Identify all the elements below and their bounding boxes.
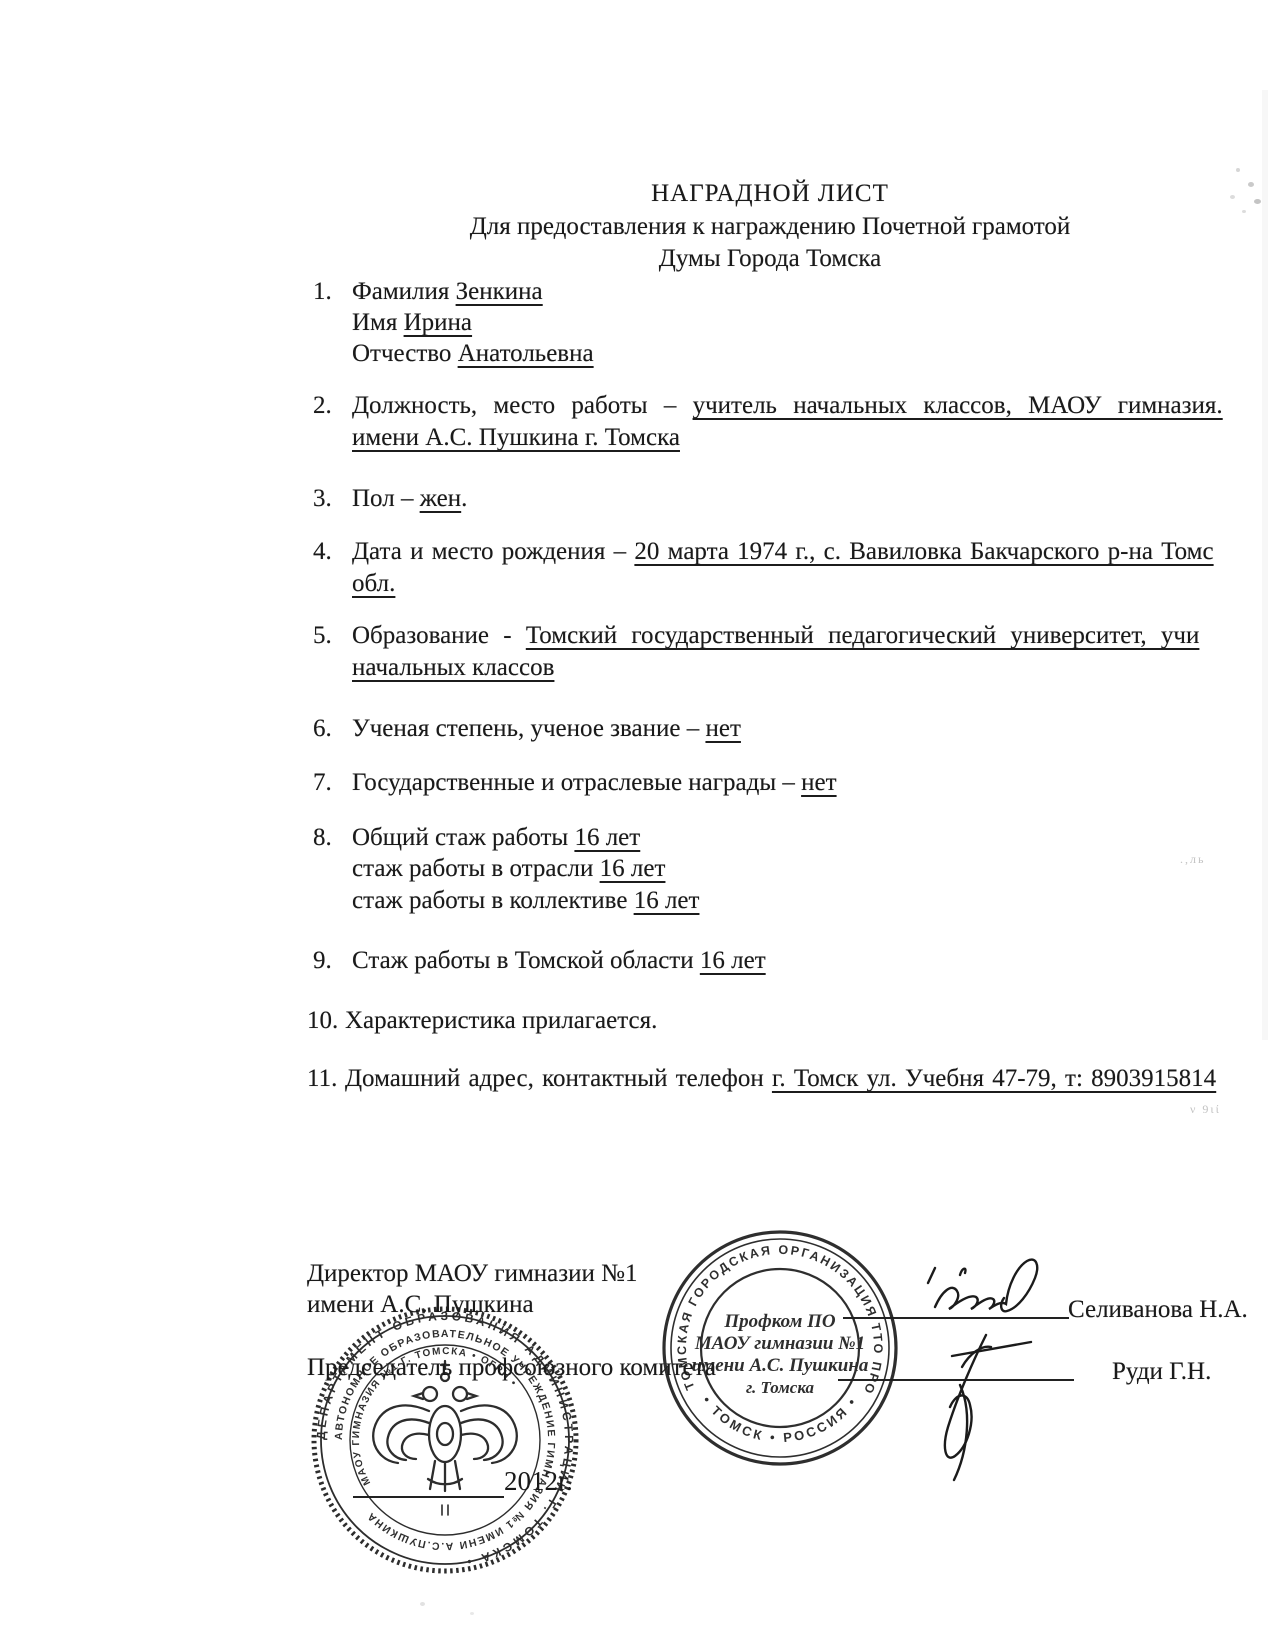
field-value: Анатольевна bbox=[458, 340, 594, 367]
field-value: учитель начальных классов, МАОУ гимназия… bbox=[693, 392, 1223, 419]
field-label: Пол – bbox=[352, 485, 420, 512]
item-number: 7. bbox=[313, 767, 332, 798]
scan-streak bbox=[1262, 90, 1268, 1040]
page-subtitle-line1: Для предоставления к награждению Почетно… bbox=[320, 211, 1220, 242]
handwritten-signatures bbox=[900, 1235, 1110, 1495]
item-number: 1. bbox=[313, 276, 332, 307]
field-value: имени А.С. Пушкина г. Томска bbox=[352, 424, 680, 451]
scanned-award-sheet: НАГРАДНОЙ ЛИСТ Для предоставления к нагр… bbox=[0, 0, 1275, 1650]
field-value: 16 лет bbox=[700, 947, 766, 974]
noise-speck bbox=[470, 1612, 474, 1615]
field-value: начальных классов bbox=[352, 654, 554, 681]
field-label: Характеристика прилагается. bbox=[345, 1007, 657, 1034]
item-number: 6. bbox=[313, 713, 332, 744]
field-label: Стаж работы в Томской области bbox=[352, 947, 700, 974]
field-label: Ученая степень, ученое звание – bbox=[352, 715, 705, 742]
noise-speck bbox=[1242, 210, 1246, 213]
noise-mark: ν 9ιί bbox=[1190, 1102, 1221, 1117]
field-value: 16 лет bbox=[600, 855, 666, 882]
field-value: жен bbox=[420, 485, 461, 512]
field-value: Зенкина bbox=[456, 278, 543, 305]
union-chair-signature-stroke bbox=[945, 1335, 1031, 1480]
field-value: 16 лет bbox=[574, 824, 640, 851]
field-suffix: . bbox=[461, 485, 467, 512]
stamp-center-line3: имени А.С. Пушкина bbox=[692, 1355, 869, 1376]
field-label: Фамилия bbox=[352, 278, 456, 305]
field-value: 16 лет bbox=[634, 887, 700, 914]
union-chair-name: Руди Г.Н. bbox=[1112, 1356, 1211, 1387]
field-label: Должность, место работы – bbox=[352, 392, 693, 419]
field-label: стаж работы в отрасли bbox=[352, 855, 600, 882]
field-label: Имя bbox=[352, 309, 404, 336]
noise-speck bbox=[420, 1602, 425, 1606]
field-label: Дата и место рождения – bbox=[352, 538, 634, 565]
double-headed-eagle-emblem bbox=[373, 1361, 517, 1515]
field-value: Ирина bbox=[404, 309, 472, 336]
item-number: 8. bbox=[313, 822, 332, 853]
item-number: 9. bbox=[313, 945, 332, 976]
stamp-center-line1: Профком ПО bbox=[723, 1311, 836, 1332]
director-signature-stroke bbox=[928, 1260, 1037, 1312]
stamp-center-line2: МАОУ гимназии №1 bbox=[694, 1333, 865, 1354]
stamp-center-line4: г. Томска bbox=[746, 1378, 815, 1397]
item-number: 4. bbox=[313, 536, 332, 567]
field-value: Томский государственный педагогический у… bbox=[526, 622, 1199, 649]
page-title: НАГРАДНОЙ ЛИСТ bbox=[320, 178, 1220, 209]
union-committee-stamp: ТОМСКАЯ ГОРОДСКАЯ ОРГАНИЗАЦИЯ ТТО ПРОФСО… bbox=[656, 1224, 906, 1474]
item-number: 11. bbox=[307, 1063, 337, 1094]
noise-speck bbox=[1230, 195, 1235, 199]
noise-speck bbox=[1236, 168, 1240, 172]
field-value: г. Томск ул. Учебня 47-79, т: 8903915814 bbox=[772, 1065, 1216, 1092]
noise-mark: .,ль bbox=[1180, 852, 1205, 867]
school-stamp: ДЕПАРТАМЕНТ ОБРАЗОВАНИЯ АДМИНИСТРАЦИИ Г.… bbox=[302, 1297, 592, 1592]
field-value: 20 марта 1974 г., с. Вавиловка Бакчарско… bbox=[634, 538, 1213, 565]
field-label: Отчество bbox=[352, 340, 458, 367]
field-value: обл. bbox=[352, 570, 395, 597]
director-title-line1: Директор МАОУ гимназии №1 bbox=[307, 1258, 638, 1289]
noise-speck bbox=[1254, 199, 1261, 204]
field-value: нет bbox=[705, 715, 740, 742]
field-label: Государственные и отраслевые награды – bbox=[352, 769, 801, 796]
field-label: Домашний адрес, контактный телефон bbox=[345, 1065, 772, 1092]
field-label: Образование - bbox=[352, 622, 526, 649]
stamp-ring-bottom-text: • ТОМСК • РОССИЯ • bbox=[699, 1393, 860, 1445]
field-label: стаж работы в коллективе bbox=[352, 887, 634, 914]
item-number: 3. bbox=[313, 483, 332, 514]
item-number: 2. bbox=[313, 390, 332, 421]
item-number: 5. bbox=[313, 620, 332, 651]
field-value: нет bbox=[801, 769, 836, 796]
item-number: 10. bbox=[307, 1005, 338, 1036]
page-subtitle-line2: Думы Города Томска bbox=[320, 243, 1220, 274]
noise-speck bbox=[1248, 182, 1254, 187]
field-label: Общий стаж работы bbox=[352, 824, 574, 851]
